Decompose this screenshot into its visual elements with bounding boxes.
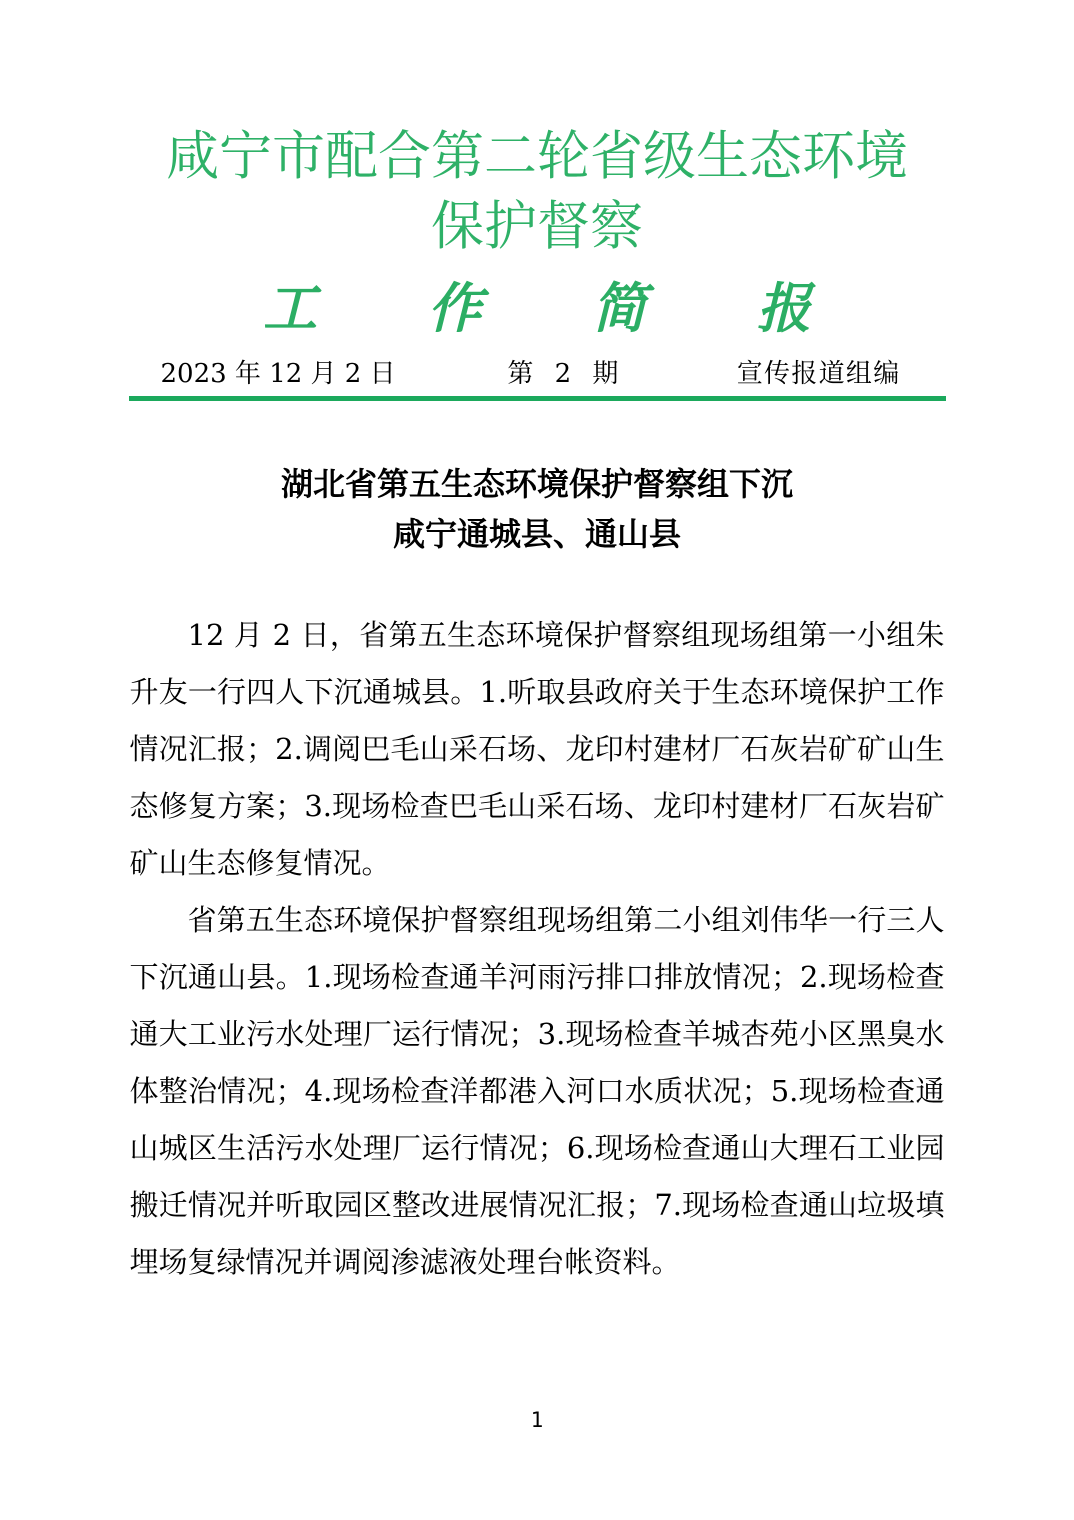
article-heading-line2: 咸宁通城县、通山县: [0, 509, 1074, 559]
article-heading-line1: 湖北省第五生态环境保护督察组下沉: [0, 459, 1074, 509]
issue-bar: 2023 年 12 月 2 日 第 2 期 宣传报道组编: [129, 358, 946, 390]
masthead-title-line1: 咸宁市配合第二轮省级生态环境: [0, 122, 1074, 192]
article-body: 12 月 2 日，省第五生态环境保护督察组现场组第一小组朱升友一行四人下沉通城县…: [130, 607, 945, 1291]
issue-bar-rule: [129, 396, 946, 401]
article-paragraph-2: 省第五生态环境保护督察组现场组第二小组刘伟华一行三人下沉通山县。1.现场检查通羊…: [130, 892, 945, 1291]
masthead: 咸宁市配合第二轮省级生态环境 保护督察 工 作 简 报: [0, 0, 1074, 340]
article-paragraph-1: 12 月 2 日，省第五生态环境保护督察组现场组第一小组朱升友一行四人下沉通城县…: [130, 607, 945, 892]
issue-number: 第 2 期: [396, 358, 737, 390]
issue-date: 2023 年 12 月 2 日: [129, 358, 396, 390]
masthead-subtitle-brush: 工 作 简 报: [0, 276, 1074, 340]
masthead-title-line2: 保护督察: [0, 192, 1074, 262]
masthead-title: 咸宁市配合第二轮省级生态环境 保护督察: [0, 122, 1074, 262]
bulletin-page: 咸宁市配合第二轮省级生态环境 保护督察 工 作 简 报 2023 年 12 月 …: [0, 0, 1074, 1520]
issue-editor: 宣传报道组编: [737, 358, 946, 390]
page-number: 1: [0, 1408, 1074, 1432]
article-heading: 湖北省第五生态环境保护督察组下沉 咸宁通城县、通山县: [0, 459, 1074, 559]
